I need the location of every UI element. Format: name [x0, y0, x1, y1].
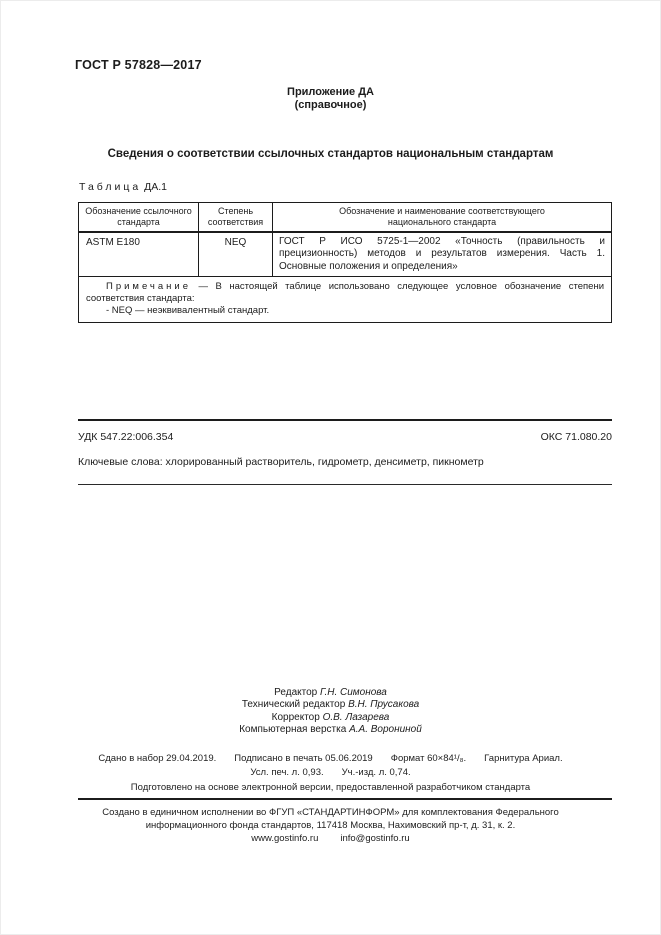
- imprint-format: Формат 60×84¹/₈.: [391, 753, 466, 764]
- publisher-line-2: информационного фонда стандартов, 117418…: [0, 819, 661, 832]
- table-header-row: Обозначение ссылочного стандарта Степень…: [79, 203, 612, 233]
- table-label-word: Таблица: [79, 181, 141, 193]
- publisher-block: Создано в единичном исполнении во ФГУП «…: [0, 806, 661, 845]
- credit-name: В.Н. Прусакова: [348, 699, 419, 710]
- credit-line: Редактор Г.Н. Симонова: [0, 687, 661, 699]
- annex-title: Приложение ДА: [0, 86, 661, 99]
- table-note-cell: Примечание — В настоящей таблице использ…: [79, 276, 612, 322]
- horizontal-rule-top: [78, 419, 612, 421]
- table-label: Таблица ДА.1: [79, 181, 167, 193]
- credit-line: Корректор О.В. Лазарева: [0, 712, 661, 724]
- table-note-paragraph: Примечание — В настоящей таблице использ…: [86, 281, 604, 305]
- oks-code: ОКС 71.080.20: [541, 431, 612, 443]
- credit-line: Компьютерная верстка А.А. Ворониной: [0, 724, 661, 736]
- credit-name: О.В. Лазарева: [323, 712, 390, 723]
- table-note-label: Примечание: [106, 281, 191, 292]
- cell-national-standard: ГОСТ Р ИСО 5725-1—2002 «Точность (правил…: [273, 232, 612, 276]
- imprint-print-date: Подписано в печать 05.06.2019: [234, 753, 372, 764]
- cell-reference-standard: ASTM E180: [79, 232, 199, 276]
- credit-role: Компьютерная верстка: [239, 724, 346, 735]
- credit-name: Г.Н. Симонова: [320, 687, 387, 698]
- correspondence-table: Обозначение ссылочного стандарта Степень…: [78, 202, 612, 323]
- document-page: ГОСТ Р 57828—2017 Приложение ДА (справоч…: [0, 0, 661, 935]
- udk-code: УДК 547.22:006.354: [78, 431, 173, 443]
- imprint-printed-sheets: Усл. печ. л. 0,93.: [250, 767, 323, 778]
- imprint-publisher-sheets: Уч.-изд. л. 0,74.: [342, 767, 411, 778]
- imprint-line-3: Подготовлено на основе электронной верси…: [0, 782, 661, 793]
- credits-block: Редактор Г.Н. Симонова Технический редак…: [0, 687, 661, 737]
- horizontal-rule-bottom: [78, 798, 612, 800]
- imprint-line-2: Усл. печ. л. 0,93. Уч.-изд. л. 0,74.: [0, 767, 661, 778]
- annex-heading: Приложение ДА (справочное): [0, 86, 661, 112]
- publisher-contacts: www.gostinfo.ru info@gostinfo.ru: [0, 832, 661, 845]
- classification-line: УДК 547.22:006.354 ОКС 71.080.20: [78, 431, 612, 443]
- keywords-line: Ключевые слова: хлорированный растворите…: [78, 456, 612, 468]
- horizontal-rule-middle: [78, 484, 612, 485]
- table-note-item: - NEQ — неэквивалентный стандарт.: [106, 305, 604, 317]
- publisher-line-1: Создано в единичном исполнении во ФГУП «…: [0, 806, 661, 819]
- publisher-website: www.gostinfo.ru: [251, 832, 318, 845]
- publisher-email: info@gostinfo.ru: [340, 832, 409, 845]
- credit-name: А.А. Ворониной: [349, 724, 422, 735]
- credit-role: Корректор: [272, 712, 320, 723]
- annex-subtitle: (справочное): [0, 99, 661, 112]
- cell-degree: NEQ: [199, 232, 273, 276]
- table-row: ASTM E180 NEQ ГОСТ Р ИСО 5725-1—2002 «То…: [79, 232, 612, 276]
- imprint-typeset-date: Сдано в набор 29.04.2019.: [98, 753, 216, 764]
- credit-role: Технический редактор: [242, 699, 345, 710]
- imprint-block: Сдано в набор 29.04.2019. Подписано в пе…: [0, 753, 661, 793]
- credit-role: Редактор: [274, 687, 317, 698]
- col-header-national-standard: Обозначение и наименование соответствующ…: [273, 203, 612, 233]
- imprint-line-1: Сдано в набор 29.04.2019. Подписано в пе…: [0, 753, 661, 764]
- col-header-reference-standard: Обозначение ссылочного стандарта: [79, 203, 199, 233]
- section-title: Сведения о соответствии ссылочных станда…: [0, 148, 661, 160]
- credit-line: Технический редактор В.Н. Прусакова: [0, 699, 661, 711]
- table-label-number: ДА.1: [144, 181, 167, 193]
- col-header-degree: Степень соответствия: [199, 203, 273, 233]
- doc-number: ГОСТ Р 57828—2017: [75, 58, 202, 72]
- table-note-row: Примечание — В настоящей таблице использ…: [79, 276, 612, 322]
- imprint-typeface: Гарнитура Ариал.: [484, 753, 562, 764]
